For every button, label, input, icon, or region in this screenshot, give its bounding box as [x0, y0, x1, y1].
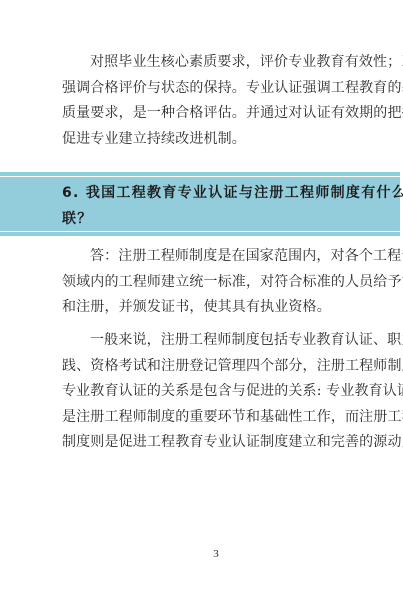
heading-band-top-stripe: [0, 172, 400, 176]
page-number: 3: [196, 548, 236, 560]
heading-line: 联？: [62, 206, 382, 232]
paragraph-line: 是注册工程师制度的重要环节和基础性工作，而注册工程师: [62, 405, 362, 431]
paragraph-line: 答：注册工程师制度是在国家范围内，对各个工程专业: [62, 244, 362, 270]
heading-line: 6. 我国工程教育专业认证与注册工程师制度有什么关: [62, 180, 382, 206]
document-page: 对照毕业生核心素质要求，评价专业教育有效性；三是 强调合格评价与状态的保持。专业…: [0, 0, 403, 604]
section-heading: 6. 我国工程教育专业认证与注册工程师制度有什么关 联？: [62, 180, 382, 232]
paragraph-line: 对照毕业生核心素质要求，评价专业教育有效性；三是: [62, 50, 362, 76]
paragraph-line: 促进专业建立持续改进机制。: [62, 127, 362, 153]
paragraph-line: 质量要求，是一种合格评估。并通过对认证有效期的把握，: [62, 101, 362, 127]
paragraph-line: 领域内的工程师建立统一标准，对符合标准的人员给予认证: [62, 270, 362, 296]
general-paragraph: 一般来说，注册工程师制度包括专业教育认证、职业实 践、资格考试和注册登记管理四个…: [62, 328, 362, 456]
paragraph-line: 强调合格评价与状态的保持。专业认证强调工程教育的基本: [62, 76, 362, 102]
continuation-paragraph: 对照毕业生核心素质要求，评价专业教育有效性；三是 强调合格评价与状态的保持。专业…: [62, 50, 362, 152]
paragraph-line: 专业教育认证的关系是包含与促进的关系: 专业教育认证: [62, 379, 362, 405]
paragraph-line: 践、资格考试和注册登记管理四个部分，注册工程师制度与: [62, 354, 362, 380]
paragraph-line: 和注册，并颁发证书，使其具有执业资格。: [62, 295, 362, 321]
paragraph-line: 制度则是促进工程教育专业认证制度建立和完善的源动力。: [62, 430, 362, 456]
paragraph-line: 一般来说，注册工程师制度包括专业教育认证、职业实: [62, 328, 362, 354]
answer-paragraph: 答：注册工程师制度是在国家范围内，对各个工程专业 领域内的工程师建立统一标准，对…: [62, 244, 362, 321]
heading-band-bottom-stripe: [0, 232, 400, 236]
